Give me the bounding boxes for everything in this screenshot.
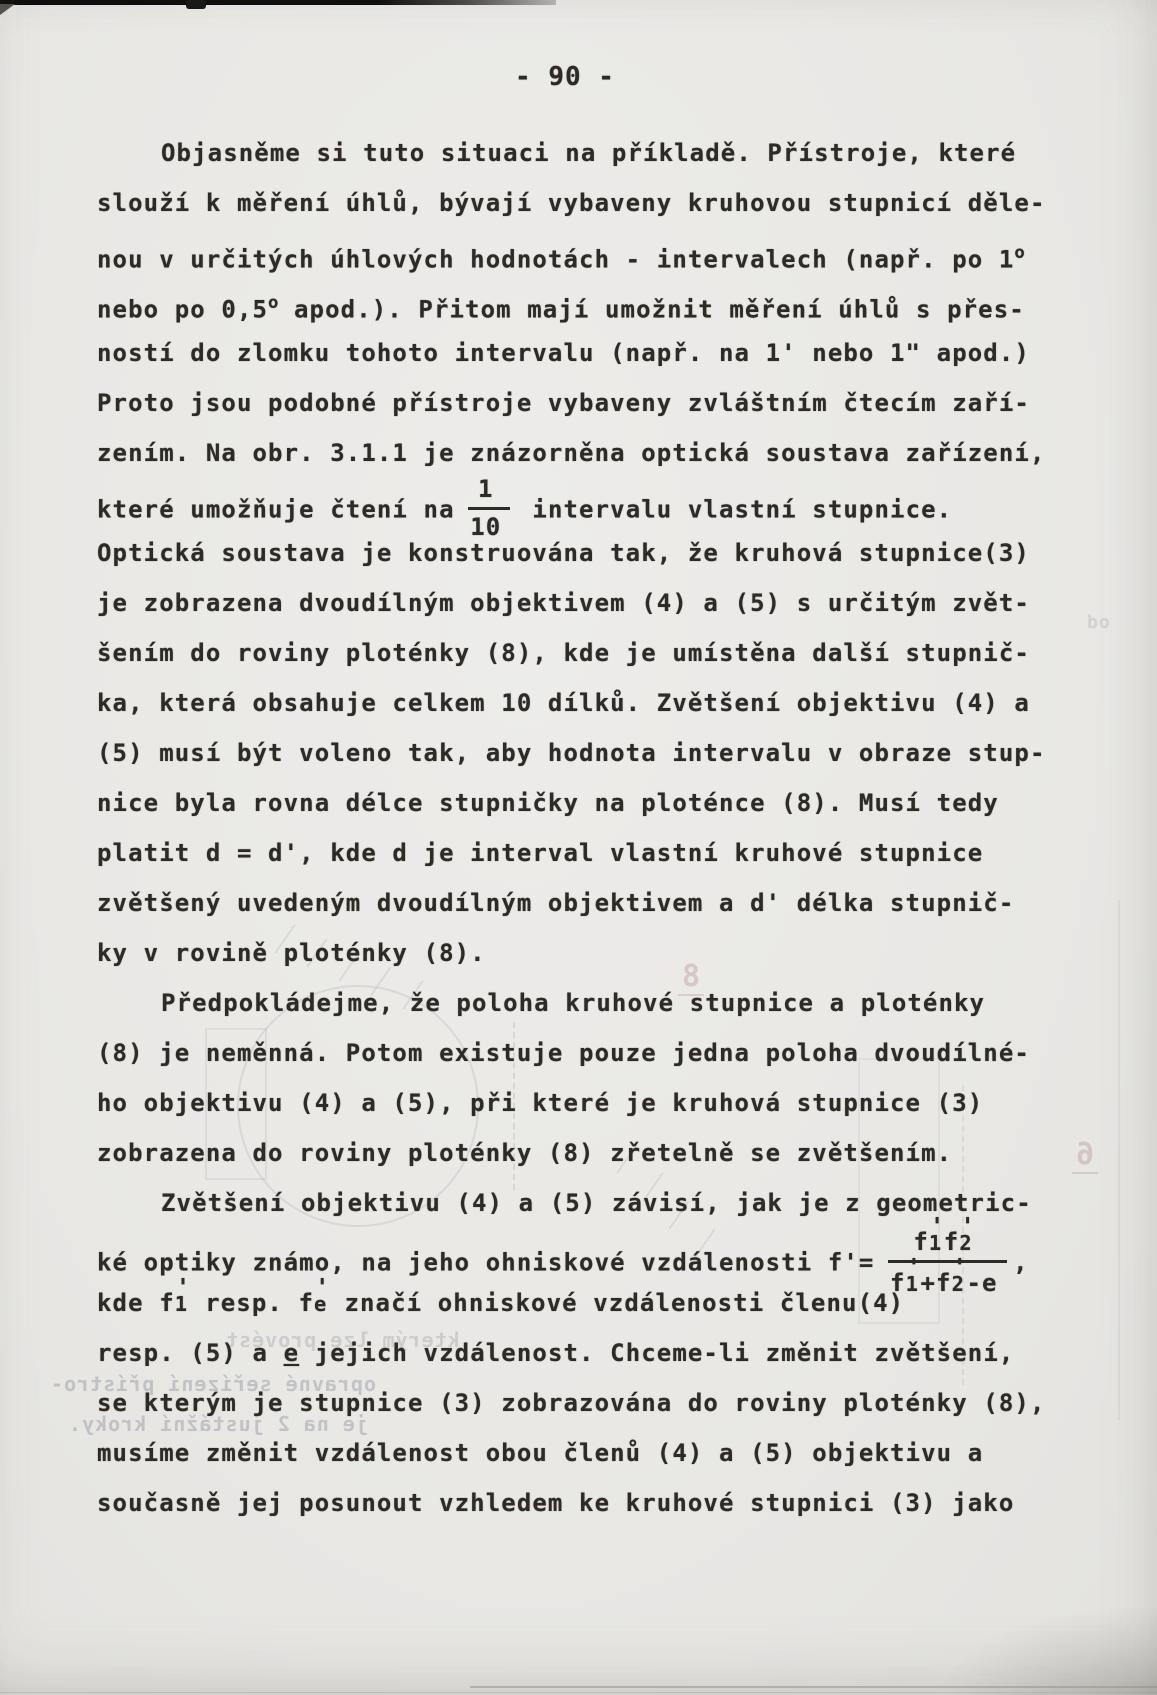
text-line-1: Objasněme si tuto situaci na příkladě. P… (97, 128, 1097, 178)
scan-shading-corner (937, 1605, 1157, 1695)
prime-subscript: '2 (959, 1226, 974, 1250)
text-line-18: Předpokládejme, že poloha kruhové stupni… (97, 978, 1097, 1028)
text-line-25: resp. (5) a e jejich vzdálenost. Chceme-… (97, 1328, 1097, 1378)
fraction-denominator: f'1+f'2-e (890, 1267, 998, 1298)
text-run: intervalu vlastní stupnice. (501, 496, 952, 524)
scan-artifact-top-edge (0, 0, 556, 5)
prime-subscript: '2 (952, 1267, 967, 1291)
scanned-page: od kterým lze provést opravné seřízení p… (0, 0, 1157, 1695)
scan-artifact-blob (186, 0, 206, 9)
text-line-19: (8) je neměnná. Potom existuje pouze jed… (97, 1028, 1097, 1078)
prime-subscript: '1 (906, 1267, 921, 1291)
text-body: Objasněme si tuto situaci na příkladě. P… (97, 128, 1097, 1528)
text-run: nebo po 0,5 (97, 296, 268, 324)
text-line-10: je zobrazena dvoudílným objektivem (4) a… (97, 578, 1097, 628)
text-run: zobrazena do roviny ploténky (8) zřeteln… (97, 1139, 952, 1167)
text-run: nou v určitých úhlových hodnotách - inte… (97, 246, 1014, 274)
fraction-denominator: 10 (470, 514, 501, 542)
subscript: e (314, 1294, 327, 1314)
subscript: 1 (929, 1233, 942, 1253)
text-line-27: musíme změnit vzdálenost obou členů (4) … (97, 1428, 1097, 1478)
text-run: značí ohniskové vzdálenosti členu(4) (329, 1289, 904, 1317)
text-run: f (944, 1228, 960, 1256)
text-run: (5) musí být voleno tak, aby hodnota int… (97, 739, 1046, 767)
page-number: - 90 - (0, 62, 1130, 92)
text-run: Předpokládejme, že poloha kruhové stupni… (161, 989, 985, 1017)
text-run: Proto jsou podobné přístroje vybaveny zv… (97, 389, 1030, 417)
text-run: které umožňuje čtení na (97, 496, 470, 524)
scan-artifact-corner (0, 4, 15, 15)
text-run: se kterým je stupnice (3) zobrazována do… (97, 1389, 1046, 1417)
subscript: 2 (952, 1274, 965, 1294)
text-run: 1 (478, 475, 494, 503)
fraction: 110 (470, 476, 501, 541)
text-run: resp. (5) a (97, 1339, 284, 1367)
text-line-13: (5) musí být voleno tak, aby hodnota int… (97, 728, 1097, 778)
text-run: f (890, 1269, 906, 1297)
superscript: o (268, 293, 278, 313)
text-run: +f (920, 1269, 951, 1297)
text-run: šením do roviny ploténky (8), kde je umí… (97, 639, 1030, 667)
fraction-bar (888, 1260, 1007, 1263)
text-run: zvětšený uvedeným dvoudílným objektivem … (97, 889, 1014, 917)
prime-subscript: 'e (314, 1287, 329, 1311)
text-line-7: zením. Na obr. 3.1.1 je znázorněna optic… (97, 428, 1097, 478)
text-line-11: šením do roviny ploténky (8), kde je umí… (97, 628, 1097, 678)
text-run: zením. Na obr. 3.1.1 je znázorněna optic… (97, 439, 1046, 467)
text-run: současně jej posunout vzhledem ke kruhov… (97, 1489, 1014, 1517)
text-run: , (998, 1249, 1029, 1277)
superscript: o (1014, 243, 1024, 263)
text-line-17: ky v rovině ploténky (8). (97, 928, 1097, 978)
subscript: 1 (175, 1294, 188, 1314)
text-line-15: platit d = d', kde d je interval vlastní… (97, 828, 1097, 878)
text-run: 10 (470, 513, 501, 541)
fraction-numerator: f'1f'2 (913, 1226, 974, 1257)
text-line-9: Optická soustava je konstruována tak, že… (97, 528, 1097, 578)
text-run: ho objektivu (4) a (5), při které je kru… (97, 1089, 983, 1117)
text-line-6: Proto jsou podobné přístroje vybaveny zv… (97, 378, 1097, 428)
text-run: Optická soustava je konstruována tak, že… (97, 539, 1030, 567)
subscript: 1 (906, 1274, 919, 1294)
text-run: ností do zlomku tohoto intervalu (např. … (97, 339, 1030, 367)
text-line-22: Zvětšení objektivu (4) a (5) závisí, jak… (97, 1178, 1097, 1228)
text-run: ka, která obsahuje celkem 10 dílků. Zvět… (97, 689, 1030, 717)
text-run: kde f (97, 1289, 175, 1317)
text-line-26: se kterým je stupnice (3) zobrazována do… (97, 1378, 1097, 1428)
subscript: 2 (959, 1233, 972, 1253)
text-line-21: zobrazena do roviny ploténky (8) zřeteln… (97, 1128, 1097, 1178)
text-run: ké optiky známo, na jeho ohniskové vzdál… (97, 1249, 890, 1277)
text-run: resp. f (190, 1289, 314, 1317)
text-run: jejich vzdálenost. Chceme-li změnit zvět… (299, 1339, 1014, 1367)
prime-subscript: '1 (929, 1226, 944, 1250)
text-run: ky v rovině ploténky (8). (97, 939, 486, 967)
text-run: -e (966, 1269, 997, 1297)
text-line-8: které umožňuje čtení na 110 intervalu vl… (97, 478, 1097, 528)
text-line-2: slouží k měření úhlů, bývají vybaveny kr… (97, 178, 1097, 228)
text-line-23: ké optiky známo, na jeho ohniskové vzdál… (97, 1228, 1097, 1278)
text-run: musíme změnit vzdálenost obou členů (4) … (97, 1439, 983, 1467)
text-run: (8) je neměnná. Potom existuje pouze jed… (97, 1039, 1030, 1067)
text-run: Zvětšení objektivu (4) a (5) závisí, jak… (161, 1189, 1032, 1217)
text-run: nice byla rovna délce stupničky na ploté… (97, 789, 999, 817)
fraction-bar (468, 507, 510, 510)
text-line-28: současně jej posunout vzhledem ke kruhov… (97, 1478, 1097, 1528)
text-line-14: nice byla rovna délce stupničky na ploté… (97, 778, 1097, 828)
text-line-3: nou v určitých úhlových hodnotách - inte… (97, 228, 1097, 278)
text-run: f (913, 1228, 929, 1256)
text-run: Objasněme si tuto situaci na příkladě. P… (161, 139, 1016, 167)
text-line-5: ností do zlomku tohoto intervalu (např. … (97, 328, 1097, 378)
text-run: platit d = d', kde d je interval vlastní… (97, 839, 983, 867)
fraction: f'1f'2f'1+f'2-e (890, 1226, 998, 1297)
prime-subscript: '1 (175, 1287, 190, 1311)
text-run: je zobrazena dvoudílným objektivem (4) a… (97, 589, 1030, 617)
text-line-16: zvětšený uvedeným dvoudílným objektivem … (97, 878, 1097, 928)
fraction-numerator: 1 (478, 476, 494, 504)
text-line-4: nebo po 0,5o apod.). Přitom mají umožnit… (97, 278, 1097, 328)
text-line-20: ho objektivu (4) a (5), při které je kru… (97, 1078, 1097, 1128)
text-run: slouží k měření úhlů, bývají vybaveny kr… (97, 189, 1046, 217)
bleed-figure-line (1118, 900, 1120, 1420)
text-line-12: ka, která obsahuje celkem 10 dílků. Zvět… (97, 678, 1097, 728)
underlined-text: e (284, 1339, 300, 1367)
text-run: apod.). Přitom mají umožnit měření úhlů … (278, 296, 1024, 324)
